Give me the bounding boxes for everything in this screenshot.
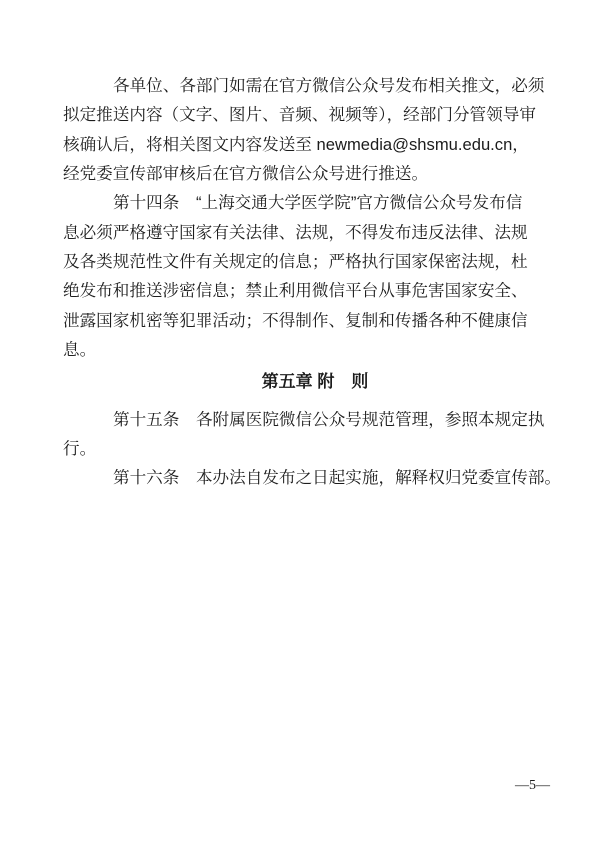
text-line: 各单位、各部门如需在官方微信公众号发布相关推文，必须 bbox=[63, 71, 553, 100]
text-line: 拟定推送内容（文字、图片、音频、视频等），经部门分管领导审 bbox=[63, 100, 553, 129]
text-line: 绝发布和推送涉密信息；禁止利用微信平台从事危害国家安全、 bbox=[63, 276, 553, 305]
text-line: 行。 bbox=[63, 434, 553, 463]
document-body: 各单位、各部门如需在官方微信公众号发布相关推文，必须 拟定推送内容（文字、图片、… bbox=[63, 71, 553, 493]
text-line: 经党委宣传部审核后在官方微信公众号进行推送。 bbox=[63, 159, 553, 188]
text-line: 第十五条 各附属医院微信公众号规范管理，参照本规定执 bbox=[63, 405, 553, 434]
text-line: 息必须严格遵守国家有关法律、法规，不得发布违反法律、法规 bbox=[63, 218, 553, 247]
text-line: 泄露国家机密等犯罪活动；不得制作、复制和传播各种不健康信 bbox=[63, 306, 553, 335]
text-line: 及各类规范性文件有关规定的信息；严格执行国家保密法规，杜 bbox=[63, 247, 553, 276]
text-line: 核确认后，将相关图文内容发送至 newmedia@shsmu.edu.cn， bbox=[63, 130, 553, 159]
text-line: 第十四条 “上海交通大学医学院”官方微信公众号发布信 bbox=[63, 188, 553, 217]
text-line: 息。 bbox=[63, 335, 553, 364]
chapter-heading: 第五章 附 则 bbox=[63, 367, 553, 396]
page-number: —5— bbox=[515, 778, 550, 794]
document-page: 各单位、各部门如需在官方微信公众号发布相关推文，必须 拟定推送内容（文字、图片、… bbox=[0, 0, 605, 844]
text-line: 第十六条 本办法自发布之日起实施，解释权归党委宣传部。 bbox=[63, 463, 553, 492]
